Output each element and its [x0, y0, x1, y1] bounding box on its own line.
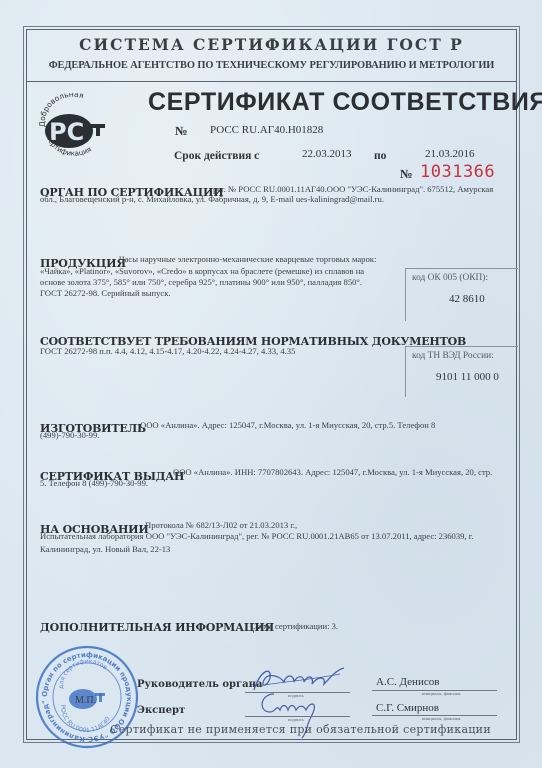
expert-name: С.Г. Смирнов: [376, 702, 439, 714]
expert-signature-caption: подпись: [288, 717, 304, 722]
product-line1: Часы наручные электронно-механические кв…: [119, 254, 376, 264]
certification-body-line1: рег. № РОСС RU.0001.11АГ40.ООО "УЭС-Кали…: [213, 184, 493, 194]
header-divider: [26, 81, 517, 82]
blank-number-label: №: [400, 167, 413, 182]
tnved-code-box: код ТН ВЭД России: 9101 11 000 0: [405, 346, 518, 397]
rst-logo-icon: Добровольная РС сертификация: [35, 93, 110, 163]
blank-number: 1031366: [420, 162, 495, 182]
expert-name-caption: инициалы, фамилия: [422, 716, 461, 721]
okp-code-box: код ОК 005 (ОКП): 42 8610: [405, 268, 518, 321]
basis-line1: Протокола № 682/13-Л02 от 21.03.2013 г.,: [145, 520, 297, 530]
head-name: А.С. Денисов: [376, 676, 439, 688]
basis-line2: Испытательная лаборатория ООО "УЭС-Калин…: [40, 531, 473, 541]
tnved-code-label: код ТН ВЭД России:: [412, 351, 494, 361]
head-name-caption: инициалы, фамилия: [422, 691, 461, 696]
manufacturer-line1: ООО «Анлина». Адрес: 125047, г.Москва, у…: [140, 420, 435, 430]
okp-code-label: код ОК 005 (ОКП):: [412, 273, 488, 283]
product-line2: «Чайка», «Platinor», «Suvorov», «Credo» …: [40, 266, 364, 276]
certificate-number: РОСС RU.АГ40.Н01828: [210, 124, 323, 136]
basis-line3: Калининград, ул. Новый Вал, 22-13: [40, 544, 170, 554]
certificate-title: СЕРТИФИКАТ СООТВЕТСТВИЯ: [148, 88, 542, 117]
validity-label: Срок действия с: [174, 150, 259, 162]
valid-to: 21.03.2016: [425, 148, 475, 160]
product-line4: ГОСТ 26272-98. Серийный выпуск.: [40, 288, 171, 298]
product-line3: основе золота 375°, 585° или 750°, сереб…: [40, 277, 362, 287]
issued-to-line1: ООО «Анлина». ИНН: 7707802643. Адрес: 12…: [173, 467, 492, 477]
additional-info-title: ДОПОЛНИТЕЛЬНАЯ ИНФОРМАЦИЯ: [40, 621, 274, 634]
certification-body-line2: обл., Благовещенский р-н, с. Михайловка,…: [40, 194, 384, 204]
agency-name: ФЕДЕРАЛЬНОЕ АГЕНТСТВО ПО ТЕХНИЧЕСКОМУ РЕ…: [26, 60, 517, 71]
tnved-code-value: 9101 11 000 0: [436, 371, 499, 383]
okp-code-value: 42 8610: [449, 293, 485, 305]
system-title: СИСТЕМА СЕРТИФИКАЦИИ ГОСТ Р: [26, 35, 517, 54]
head-label: Руководитель органа: [137, 679, 262, 690]
number-label: №: [175, 124, 188, 139]
issued-to-line2: 5. Телефон 8 (499)-790-30-99.: [40, 478, 148, 488]
conformity-line1: ГОСТ 26272-98 п.п. 4.4, 4.12, 4.15-4.17,…: [40, 346, 295, 356]
svg-text:М.П.: М.П.: [75, 695, 96, 706]
manufacturer-line2: (499)-790-30-99.: [40, 430, 99, 440]
valid-to-label: по: [374, 150, 386, 162]
mandatory-notice: Сертификат не применяется при обязательн…: [110, 723, 491, 736]
expert-label: Эксперт: [137, 705, 185, 716]
additional-info-text: Схема сертификации: 3.: [250, 621, 338, 631]
valid-from: 22.03.2013: [302, 148, 352, 160]
